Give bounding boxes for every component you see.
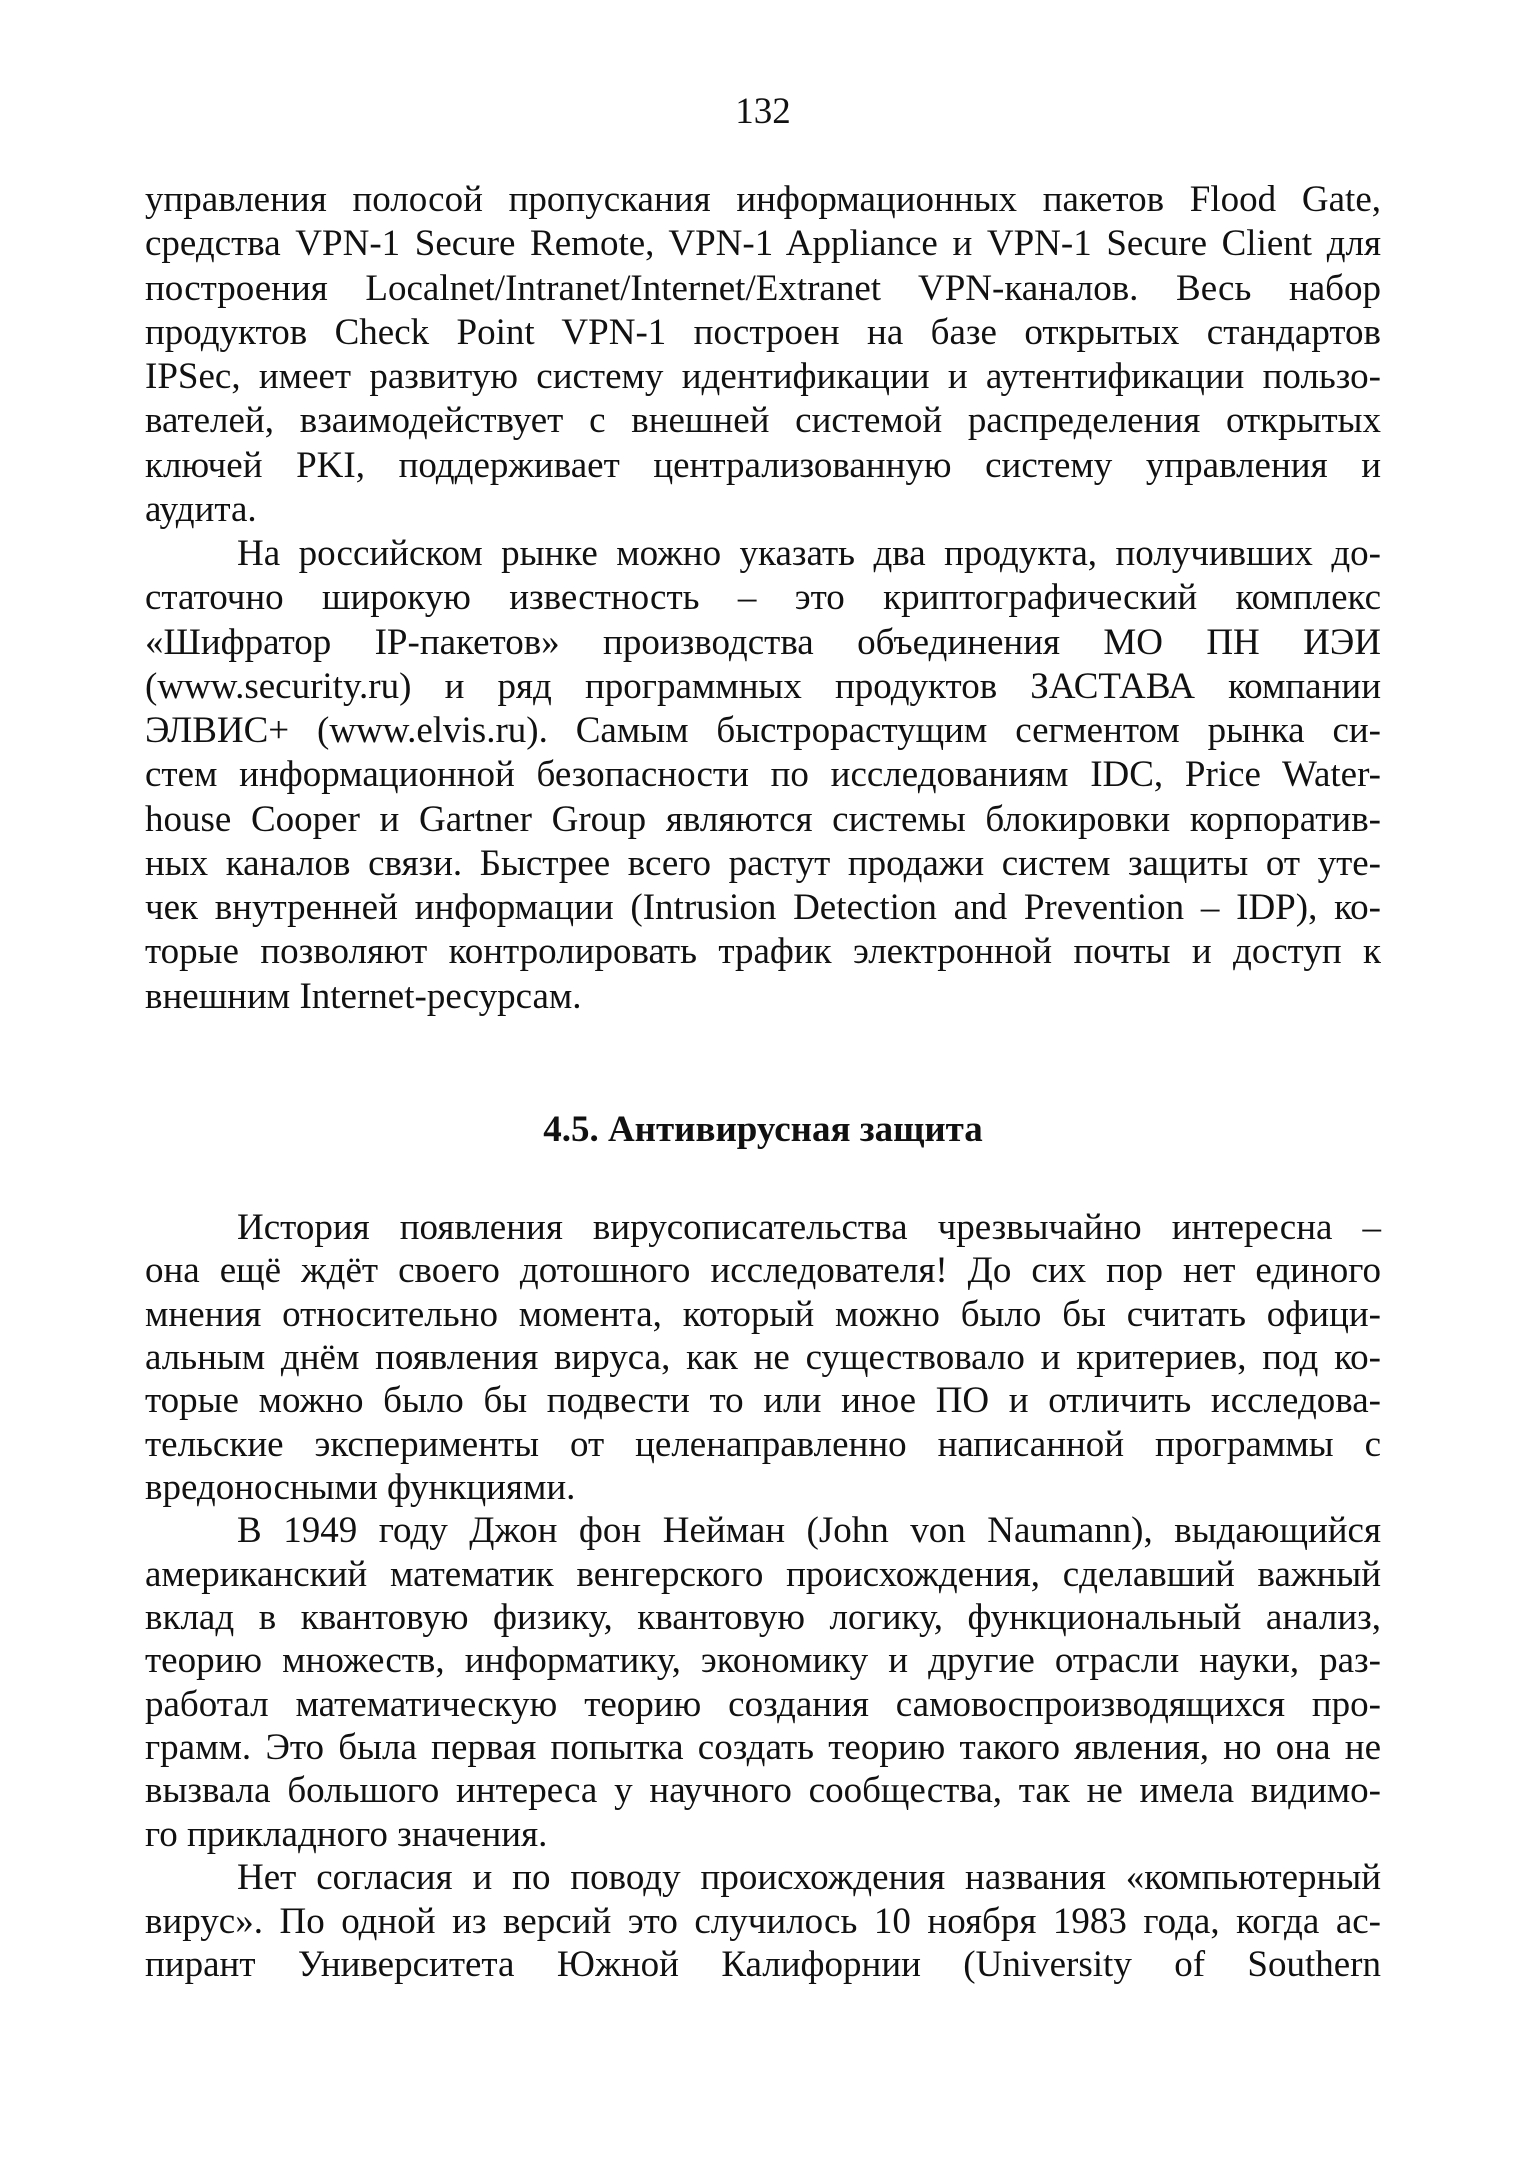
- text-line: В 1949 году Джон фон Нейман (John von Na…: [145, 1509, 1381, 1552]
- paragraph: управления полосой пропускания информаци…: [145, 178, 1381, 532]
- text-line: мнения относительно момента, который мож…: [145, 1293, 1381, 1336]
- text-line: вклад в квантовую физику, квантовую логи…: [145, 1596, 1381, 1639]
- text-line: вирус». По одной из версий это случилось…: [145, 1900, 1381, 1943]
- text-line: грамм. Это была первая попытка создать т…: [145, 1726, 1381, 1769]
- text-line: чек внутренней информации (Intrusion Det…: [145, 886, 1381, 930]
- text-line: (www.security.ru) и ряд программных прод…: [145, 665, 1381, 709]
- text-line: альным днём появления вируса, как не сущ…: [145, 1336, 1381, 1379]
- text-line: построения Localnet/Intranet/Internet/Ex…: [145, 267, 1381, 311]
- text-line: ных каналов связи. Быстрее всего растут …: [145, 842, 1381, 886]
- text-line: ключей PKI, поддерживает централизованну…: [145, 444, 1381, 488]
- text-block-upper: управления полосой пропускания информаци…: [145, 178, 1381, 1019]
- text-line: внешним Internet-ресурсам.: [145, 975, 1381, 1019]
- text-line: работал математическую теорию создания с…: [145, 1683, 1381, 1726]
- text-line: стем информационной безопасности по иссл…: [145, 753, 1381, 797]
- text-line: торые можно было бы подвести то или иное…: [145, 1379, 1381, 1422]
- text-line: средства VPN-1 Secure Remote, VPN-1 Appl…: [145, 222, 1381, 266]
- text-line: продуктов Check Point VPN-1 построен на …: [145, 311, 1381, 355]
- text-block-lower: История появления вирусописательства чре…: [145, 1206, 1381, 1986]
- text-line: Нет согласия и по поводу происхождения н…: [145, 1856, 1381, 1899]
- text-line: аудита.: [145, 488, 1381, 532]
- text-line: вателей, взаимодействует с внешней систе…: [145, 399, 1381, 443]
- paragraph: В 1949 году Джон фон Нейман (John von Na…: [145, 1509, 1381, 1856]
- text-line: вредоносными функциями.: [145, 1466, 1381, 1509]
- text-line: она ещё ждёт своего дотошного исследоват…: [145, 1249, 1381, 1292]
- text-line: house Cooper и Gartner Group являются си…: [145, 798, 1381, 842]
- text-line: управления полосой пропускания информаци…: [145, 178, 1381, 222]
- text-line: теорию множеств, информатику, экономику …: [145, 1639, 1381, 1682]
- text-line: статочно широкую известность – это крипт…: [145, 576, 1381, 620]
- text-line: торые позволяют контролировать трафик эл…: [145, 930, 1381, 974]
- text-line: го прикладного значения.: [145, 1813, 1381, 1856]
- text-line: тельские эксперименты от целенаправленно…: [145, 1423, 1381, 1466]
- text-line: ЭЛВИС+ (www.elvis.ru). Самым быстрорасту…: [145, 709, 1381, 753]
- text-line: IPSec, имеет развитую систему идентифика…: [145, 355, 1381, 399]
- text-line: американский математик венгерского проис…: [145, 1553, 1381, 1596]
- text-line: «Шифратор IP-пакетов» производства объед…: [145, 621, 1381, 665]
- text-line: История появления вирусописательства чре…: [145, 1206, 1381, 1249]
- text-line: вызвала большого интереса у научного соо…: [145, 1769, 1381, 1812]
- text-line: пирант Университета Южной Калифорнии (Un…: [145, 1943, 1381, 1986]
- page-number: 132: [0, 90, 1526, 134]
- paragraph: История появления вирусописательства чре…: [145, 1206, 1381, 1509]
- section-heading: 4.5. Антивирусная защита: [0, 1108, 1526, 1152]
- text-line: На российском рынке можно указать два пр…: [145, 532, 1381, 576]
- paragraph: На российском рынке можно указать два пр…: [145, 532, 1381, 1019]
- paragraph: Нет согласия и по поводу происхождения н…: [145, 1856, 1381, 1986]
